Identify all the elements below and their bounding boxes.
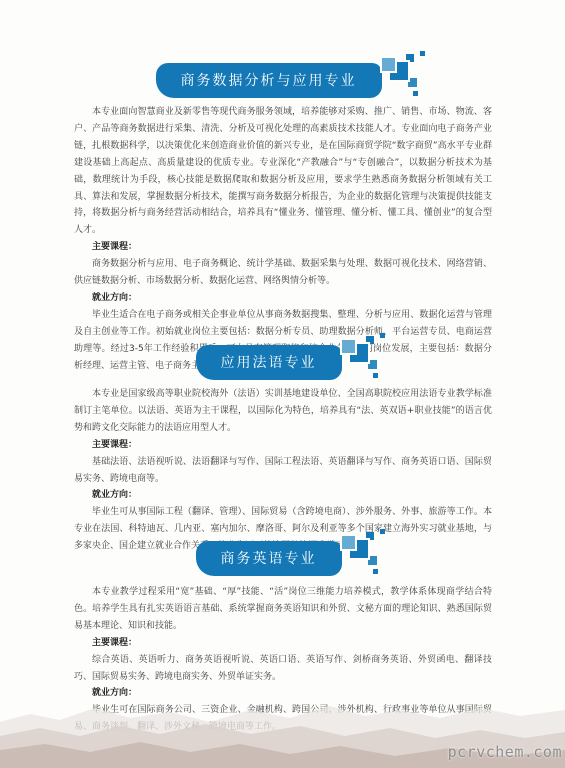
courses-paragraph: 基础法语、法语视听说、法语翻译与写作、国际工程法语、英语翻译与写作、商务英语口语…: [74, 454, 492, 488]
courses-label: 主要课程：: [74, 437, 492, 454]
section-title-badge: 商务数据分析与应用专业: [156, 63, 382, 98]
pixel-mosaic-icon: [340, 333, 388, 383]
section-title-badge: 应用法语专业: [196, 345, 342, 380]
pixel-square: [373, 373, 378, 378]
intro-paragraph: 本专业是国家级高等职业院校海外（法语）实训基地建设单位、全国高职院校应用法语专业…: [74, 386, 492, 437]
courses-label: 主要课程：: [74, 239, 492, 256]
pixel-mosaic-icon: [340, 529, 388, 579]
section-1-header: 商务数据分析与应用专业: [0, 63, 565, 98]
courses-paragraph: 商务数据分析与应用、电子商务概论、统计学基础、数据采集与处理、数据可视化技术、网…: [74, 256, 492, 290]
pixel-square: [380, 529, 385, 534]
section-2-header: 应用法语专业: [0, 345, 565, 380]
pixel-square: [420, 51, 425, 56]
pixel-mosaic-icon: [380, 51, 428, 101]
watermark-text: pcrvchem.com: [448, 743, 562, 761]
section-3-header: 商务英语专业: [0, 541, 565, 576]
pixel-square: [340, 338, 357, 355]
pixel-square: [380, 56, 397, 73]
section-title: 商务英语专业: [221, 551, 317, 567]
pixel-square: [340, 534, 357, 551]
section-title: 应用法语专业: [221, 355, 317, 371]
brochure-page: 商务数据分析与应用专业 本专业面向智慧商业及新零售等现代商务服务领域，培养能够对…: [0, 0, 565, 768]
intro-paragraph: 本专业教学过程采用“宽”基础、“厚”技能、“活”岗位三维能力培养模式，教学体系体…: [74, 584, 492, 635]
section-1-body: 本专业面向智慧商业及新零售等现代商务服务领域，培养能够对采购、推广、销售、市场、…: [74, 104, 492, 375]
pixel-square: [380, 333, 385, 338]
section-2-body: 本专业是国家级高等职业院校海外（法语）实训基地建设单位、全国高职院校应用法语专业…: [74, 386, 492, 555]
intro-paragraph: 本专业面向智慧商业及新零售等现代商务服务领域，培养能够对采购、推广、销售、市场、…: [74, 104, 492, 239]
pixel-square: [413, 91, 418, 96]
section-title-badge: 商务英语专业: [196, 541, 342, 576]
jobs-label: 就业方向：: [74, 290, 492, 307]
pixel-square: [373, 569, 378, 574]
courses-label: 主要课程：: [74, 635, 492, 652]
jobs-label: 就业方向：: [74, 487, 492, 504]
courses-paragraph: 综合英语、英语听力、商务英语视听说、英语口语、英语写作、剑桥商务英语、外贸函电、…: [74, 652, 492, 686]
section-title: 商务数据分析与应用专业: [181, 73, 357, 89]
